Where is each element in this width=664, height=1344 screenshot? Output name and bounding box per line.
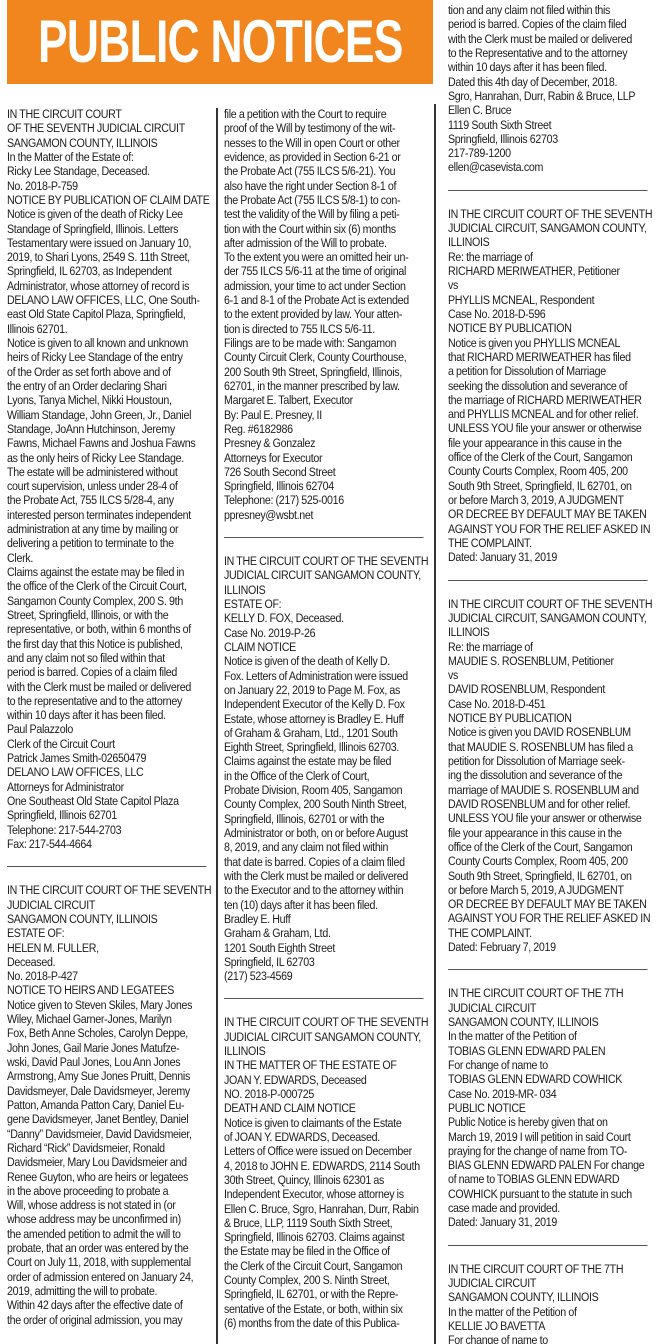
notice-line: BIAS GLENN EDWARD PALEN For change bbox=[448, 1158, 650, 1172]
notice-line: John Jones, Gail Marie Jones Matufze- bbox=[7, 1041, 209, 1055]
notice-line: Lyons, Tanya Michel, Nikki Houstoun, bbox=[7, 393, 209, 407]
notice-line: KELLIE JO BAVETTA bbox=[448, 1319, 650, 1333]
notice-line: Re: the marriage of bbox=[448, 250, 650, 264]
notice-line: Telephone: 217-544-2703 bbox=[7, 823, 209, 837]
notice-line: & Bruce, LLP, 1119 South Sixth Street, bbox=[224, 1216, 426, 1230]
notice-line: petition for Dissolution of Marriage see… bbox=[448, 754, 650, 768]
notice-line: NOTICE TO HEIRS AND LEGATEES bbox=[7, 983, 209, 997]
notice-line: file your appearance in this cause in th… bbox=[448, 826, 650, 840]
notice-line: wski, David Paul Jones, Lou Ann Jones bbox=[7, 1055, 209, 1069]
notice-line: Richard “Rick” Davidsmeier, Ronald bbox=[7, 1141, 209, 1155]
notice-line: and any claim not so filed within that bbox=[7, 651, 209, 665]
notice-line: Sgro, Hanrahan, Durr, Rabin & Bruce, LLP bbox=[448, 89, 650, 103]
notice-line: file your appearance in this cause in th… bbox=[448, 436, 650, 450]
notice-line: Clerk of the Circuit Court bbox=[7, 737, 209, 751]
notice-line: in the above proceeding to probate a bbox=[7, 1184, 209, 1198]
notice-line: ESTATE OF: bbox=[7, 926, 209, 940]
notice-line: IN THE CIRCUIT COURT OF THE SEVENTH bbox=[7, 883, 209, 897]
notice-line: evidence, as provided in Section 6-21 or bbox=[224, 150, 426, 164]
notice-line: Ricky Lee Standage, Deceased. bbox=[7, 164, 209, 178]
notice-line: case made and provided. bbox=[448, 1201, 650, 1215]
notice-line: with the Clerk must be mailed or deliver… bbox=[448, 32, 650, 46]
notice-line: Claims against the estate may be filed bbox=[224, 754, 426, 768]
notice-line: representative, or both, within 6 months… bbox=[7, 622, 209, 636]
notice-line: TOBIAS GLENN EDWARD PALEN bbox=[448, 1044, 650, 1058]
legal-notice: tion and any claim not filed within this… bbox=[448, 3, 650, 175]
notice-line: THE COMPLAINT. bbox=[448, 536, 650, 550]
notice-line: 1201 South Eighth Street bbox=[224, 941, 426, 955]
notice-separator bbox=[7, 866, 207, 868]
notice-line: For change of name to bbox=[448, 1333, 650, 1344]
notice-line: Bradley E. Huff bbox=[224, 912, 426, 926]
notice-line: Springfield, Illinois 62701 bbox=[7, 808, 209, 822]
notice-line: administration at any time by mailing or bbox=[7, 522, 209, 536]
notice-line: For change of name to bbox=[448, 1058, 650, 1072]
notice-line: DAVID ROSENBLUM and for other relief. bbox=[448, 797, 650, 811]
notice-line: “Danny” Davidsmeier, David Davidsmeier, bbox=[7, 1127, 209, 1141]
notice-line: after admission of the Will to probate. bbox=[224, 236, 426, 250]
notice-line: Notice given to Steven Skiles, Mary Jone… bbox=[7, 998, 209, 1012]
notice-line: One Southeast Old State Capitol Plaza bbox=[7, 794, 209, 808]
notice-line: within 10 days after it has been filed. bbox=[448, 60, 650, 74]
notice-line: Probate Division, Room 405, Sangamon bbox=[224, 783, 426, 797]
notice-line: Case No. 2018-D-596 bbox=[448, 307, 650, 321]
notice-line: Re: the marriage of bbox=[448, 640, 650, 654]
notice-line: sentative of the Estate, or both, within… bbox=[224, 1302, 426, 1316]
legal-notice: IN THE CIRCUIT COURT OF THE 7THJUDICIAL … bbox=[448, 1262, 650, 1344]
notice-line: of the Order as set forth above and of bbox=[7, 365, 209, 379]
notice-line: Davidsmeyer, Dale Davidsmeyer, Jeremy bbox=[7, 1084, 209, 1098]
legal-notice: file a petition with the Court to requir… bbox=[224, 107, 426, 522]
notice-line: ILLINOIS bbox=[448, 625, 650, 639]
notice-line: Dated: February 7, 2019 bbox=[448, 940, 650, 954]
notice-line: Court on July 11, 2018, with supplementa… bbox=[7, 1255, 209, 1269]
notice-line: JUDICIAL CIRCUIT bbox=[448, 1001, 650, 1015]
notice-line: the order of original admission, you may bbox=[7, 1313, 209, 1327]
notice-line: Springfield, IL 62701, or with the Repre… bbox=[224, 1287, 426, 1301]
notice-line: order of admission entered on January 24… bbox=[7, 1270, 209, 1284]
public-notices-banner: PUBLIC NOTICES bbox=[7, 0, 433, 84]
notice-line: 8, 2019, and any claim not filed within bbox=[224, 840, 426, 854]
notice-line: Administrator or both, on or before Augu… bbox=[224, 826, 426, 840]
column-1: IN THE CIRCUIT COURTOF THE SEVENTH JUDIC… bbox=[7, 107, 207, 1327]
page-title: PUBLIC NOTICES bbox=[38, 12, 403, 72]
column-divider bbox=[434, 104, 436, 1344]
notice-line: IN THE MATTER OF THE ESTATE OF bbox=[224, 1058, 426, 1072]
notice-line: PHYLLIS MCNEAL, Respondent bbox=[448, 293, 650, 307]
notice-line: Graham & Graham, Ltd. bbox=[224, 926, 426, 940]
notice-line: Springfield, Illinois 62703 bbox=[448, 132, 650, 146]
notice-line: Springfield, Illinois, 62701 or with the bbox=[224, 812, 426, 826]
notice-line: ESTATE OF: bbox=[224, 597, 426, 611]
legal-notice: IN THE CIRCUIT COURTOF THE SEVENTH JUDIC… bbox=[7, 107, 209, 851]
notice-line: County Complex, 200 South Ninth Street, bbox=[224, 797, 426, 811]
notice-line: IN THE CIRCUIT COURT OF THE 7TH bbox=[448, 986, 650, 1000]
notice-line: whose address may be unconfirmed in) bbox=[7, 1212, 209, 1226]
notice-line: OR DECREE BY DEFAULT MAY BE TAKEN bbox=[448, 897, 650, 911]
notice-line: JUDICIAL CIRCUIT SANGAMON COUNTY, bbox=[224, 568, 426, 582]
notice-line: 726 South Second Street bbox=[224, 465, 426, 479]
notice-line: IN THE CIRCUIT COURT OF THE 7TH bbox=[448, 1262, 650, 1276]
notice-line: period is barred. Copies of the claim fi… bbox=[448, 17, 650, 31]
notice-line: Illinois 62701. bbox=[7, 322, 209, 336]
notice-line: Case No. 2018-D-451 bbox=[448, 697, 650, 711]
notice-line: County Courts Complex, Room 405, 200 bbox=[448, 854, 650, 868]
notice-line: the amended petition to admit the will t… bbox=[7, 1227, 209, 1241]
notice-line: OF THE SEVENTH JUDICIAL CIRCUIT bbox=[7, 121, 209, 135]
notice-line: JUDICIAL CIRCUIT SANGAMON COUNTY, bbox=[224, 1030, 426, 1044]
notice-line: Will, whose address is not stated in (or bbox=[7, 1198, 209, 1212]
notice-line: 4, 2018 to JOHN E. EDWARDS, 2114 South bbox=[224, 1159, 426, 1173]
legal-notice: IN THE CIRCUIT COURT OF THE SEVENTHJUDIC… bbox=[224, 554, 426, 983]
notice-line: admission, your time to act under Sectio… bbox=[224, 279, 426, 293]
notice-line: NOTICE BY PUBLICATION OF CLAIM DATE bbox=[7, 193, 209, 207]
notice-line: proof of the Will by testimony of the wi… bbox=[224, 121, 426, 135]
notice-line: with the Clerk must be mailed or deliver… bbox=[7, 680, 209, 694]
notice-line: Independent Executor, whose attorney is bbox=[224, 1187, 426, 1201]
notice-line: ILLINOIS bbox=[224, 1044, 426, 1058]
notice-line: In the matter of the Petition of bbox=[448, 1029, 650, 1043]
notice-line: In the matter of the Petition of bbox=[448, 1305, 650, 1319]
notice-line: office of the Clerk of the Court, Sangam… bbox=[448, 450, 650, 464]
notice-line: Fox, Beth Anne Scholes, Carolyn Deppe, bbox=[7, 1026, 209, 1040]
notice-line: gene Davidsmeyer, Janet Bentley, Daniel bbox=[7, 1112, 209, 1126]
notice-line: der 755 ILCS 5/6-11 at the time of origi… bbox=[224, 264, 426, 278]
notice-separator bbox=[448, 190, 648, 192]
notice-line: By: Paul E. Presney, II bbox=[224, 408, 426, 422]
notice-line: (6) months from the date of this Publica… bbox=[224, 1316, 426, 1330]
notice-line: Eighth Street, Springfield, Illinois 627… bbox=[224, 740, 426, 754]
notice-line: Deceased. bbox=[7, 955, 209, 969]
notice-line: Fax: 217-544-4664 bbox=[7, 837, 209, 851]
notice-line: to the representative and to the attorne… bbox=[7, 694, 209, 708]
notice-line: Dated: January 31, 2019 bbox=[448, 1215, 650, 1229]
notice-line: No. 2018-P-427 bbox=[7, 969, 209, 983]
notice-line: Paul Palazzolo bbox=[7, 722, 209, 736]
notice-line: IN THE CIRCUIT COURT OF THE SEVENTH bbox=[448, 597, 650, 611]
notice-line: SANGAMON COUNTY, ILLINOIS bbox=[448, 1015, 650, 1029]
notice-line: Standage of Springfield, Illinois. Lette… bbox=[7, 222, 209, 236]
legal-notice: IN THE CIRCUIT COURT OF THE SEVENTHJUDIC… bbox=[224, 1015, 426, 1330]
notice-line: within 10 days after it has been filed. bbox=[7, 708, 209, 722]
notice-line: the entry of an Order declaring Shari bbox=[7, 379, 209, 393]
notice-line: ten (10) days after it has been filed. bbox=[224, 898, 426, 912]
notice-line: RICHARD MERIWEATHER, Petitioner bbox=[448, 264, 650, 278]
notice-line: Independent Executor of the Kelly D. Fox bbox=[224, 697, 426, 711]
notice-line: 1119 South Sixth Street bbox=[448, 118, 650, 132]
notice-line: CLAIM NOTICE bbox=[224, 640, 426, 654]
notice-line: or before March 3, 2019, A JUDGMENT bbox=[448, 493, 650, 507]
notice-line: Public Notice is hereby given that on bbox=[448, 1115, 650, 1129]
notice-line: JUDICIAL CIRCUIT, SANGAMON COUNTY, bbox=[448, 611, 650, 625]
notice-line: 217-789-1200 bbox=[448, 146, 650, 160]
notice-line: ellen@casevista.com bbox=[448, 160, 650, 174]
notice-line: Fawns, Michael Fawns and Joshua Fawns bbox=[7, 436, 209, 450]
notice-line: to the Executor and to the attorney with… bbox=[224, 883, 426, 897]
legal-notice: IN THE CIRCUIT COURT OF THE SEVENTHJUDIC… bbox=[448, 207, 650, 565]
notice-line: Testamentary were issued on January 10, bbox=[7, 236, 209, 250]
notice-separator bbox=[448, 580, 648, 582]
notice-line: Davidsmeier, Mary Lou Davidsmeier and bbox=[7, 1155, 209, 1169]
notice-line: 30th Street, Quincy, Illinois 62301 as bbox=[224, 1173, 426, 1187]
notice-line: the Clerk of the Circuit Court, Sangamon bbox=[224, 1259, 426, 1273]
column-3: tion and any claim not filed within this… bbox=[448, 3, 658, 1344]
notice-line: Wiley, Michael Garner-Jones, Marilyn bbox=[7, 1012, 209, 1026]
notice-line: To the extent you were an omitted heir u… bbox=[224, 250, 426, 264]
notice-line: SANGAMON COUNTY, ILLINOIS bbox=[448, 1290, 650, 1304]
notice-line: County Circuit Clerk, County Courthouse, bbox=[224, 350, 426, 364]
notice-line: Notice is given to claimants of the Esta… bbox=[224, 1116, 426, 1130]
legal-notice: IN THE CIRCUIT COURT OF THE SEVENTHJUDIC… bbox=[448, 597, 650, 955]
notice-line: In the Matter of the Estate of: bbox=[7, 150, 209, 164]
notice-line: Filings are to be made with: Sangamon bbox=[224, 336, 426, 350]
notice-line: No. 2018-P-759 bbox=[7, 179, 209, 193]
notice-line: delivering a petition to terminate to th… bbox=[7, 536, 209, 550]
notice-line: in the Office of the Clerk of Court, bbox=[224, 769, 426, 783]
notice-line: the Estate may be filed in the Office of bbox=[224, 1244, 426, 1258]
notice-line: to the extent provided by law. Your atte… bbox=[224, 307, 426, 321]
notice-line: the marriage of RICHARD MERIWEATHER bbox=[448, 393, 650, 407]
notice-line: the Probate Act, 755 ILCS 5/28-4, any bbox=[7, 493, 209, 507]
notice-line: ILLINOIS bbox=[224, 583, 426, 597]
notice-line: Notice is given of the death of Ricky Le… bbox=[7, 207, 209, 221]
notice-line: Ellen C. Bruce, Sgro, Hanrahan, Durr, Ra… bbox=[224, 1202, 426, 1216]
notice-line: period is barred. Copies of a claim file… bbox=[7, 665, 209, 679]
notice-line: tion is directed to 755 ILCS 5/6-11. bbox=[224, 322, 426, 336]
notice-line: 2019, admitting the will to probate. bbox=[7, 1284, 209, 1298]
notice-line: Standage, JoAnn Hutchinson, Jeremy bbox=[7, 422, 209, 436]
notice-line: Administrator, whose attorney of record … bbox=[7, 279, 209, 293]
notice-line: County Complex, 200 S. Ninth Street, bbox=[224, 1273, 426, 1287]
notice-line: Letters of Office were issued on Decembe… bbox=[224, 1144, 426, 1158]
notice-line: AGAINST YOU FOR THE RELIEF ASKED IN bbox=[448, 911, 650, 925]
notice-line: JOAN Y. EDWARDS, Deceased bbox=[224, 1073, 426, 1087]
notice-line: marriage of MAUDIE S. ROSENBLUM and bbox=[448, 783, 650, 797]
notice-line: AGAINST YOU FOR THE RELIEF ASKED IN bbox=[448, 522, 650, 536]
notice-line: on January 22, 2019 to Page M. Fox, as bbox=[224, 683, 426, 697]
notice-line: vs bbox=[448, 278, 650, 292]
notice-line: nesses to the Will in open Court or othe… bbox=[224, 136, 426, 150]
notice-line: the first day that this Notice is publis… bbox=[7, 637, 209, 651]
notice-line: a petition for Dissolution of Marriage bbox=[448, 364, 650, 378]
notice-line: COWHICK pursuant to the statute in such bbox=[448, 1187, 650, 1201]
notice-line: 2019, to Shari Lyons, 2549 S. 11th Stree… bbox=[7, 250, 209, 264]
notice-line: Ellen C. Bruce bbox=[448, 103, 650, 117]
notice-separator bbox=[224, 998, 424, 1000]
notice-line: Case No. 2019-P-26 bbox=[224, 626, 426, 640]
column-divider bbox=[216, 108, 218, 1344]
notice-line: the Probate Act (755 ILCS 5/6-21). You bbox=[224, 164, 426, 178]
notice-line: Patton, Amanda Patton Cary, Daniel Eu- bbox=[7, 1098, 209, 1112]
notice-line: ing the dissolution and severance of the bbox=[448, 768, 650, 782]
notice-line: IN THE CIRCUIT COURT bbox=[7, 107, 209, 121]
notice-line: OR DECREE BY DEFAULT MAY BE TAKEN bbox=[448, 507, 650, 521]
notice-line: Notice is given of the death of Kelly D. bbox=[224, 654, 426, 668]
notice-line: Presney & Gonzalez bbox=[224, 436, 426, 450]
notice-line: seeking the dissolution and severance of bbox=[448, 379, 650, 393]
notice-line: vs bbox=[448, 668, 650, 682]
notice-line: Attorneys for Administrator bbox=[7, 780, 209, 794]
notice-line: 6-1 and 8-1 of the Probate Act is extend… bbox=[224, 293, 426, 307]
notice-line: praying for the change of name from TO- bbox=[448, 1144, 650, 1158]
notice-line: DELANO LAW OFFICES, LLC, One South- bbox=[7, 293, 209, 307]
notice-separator bbox=[448, 1245, 648, 1247]
notice-line: Notice is given you PHYLLIS MCNEAL bbox=[448, 336, 650, 350]
notice-line: Notice is given to all known and unknown bbox=[7, 336, 209, 350]
notice-line: NO. 2018-P-000725 bbox=[224, 1087, 426, 1101]
notice-line: that RICHARD MERIWEATHER has filed bbox=[448, 350, 650, 364]
notice-line: IN THE CIRCUIT COURT OF THE SEVENTH bbox=[448, 207, 650, 221]
notice-line: The estate will be administered without bbox=[7, 465, 209, 479]
notice-line: Sangamon County Complex, 200 S. 9th bbox=[7, 594, 209, 608]
notice-line: JUDICIAL CIRCUIT bbox=[448, 1276, 650, 1290]
notice-line: Margaret E. Talbert, Executor bbox=[224, 393, 426, 407]
notice-line: JUDICIAL CIRCUIT, SANGAMON COUNTY, bbox=[448, 221, 650, 235]
notice-separator bbox=[448, 969, 648, 971]
notice-line: office of the Clerk of the Court, Sangam… bbox=[448, 840, 650, 854]
notice-line: HELEN M. FULLER, bbox=[7, 941, 209, 955]
notice-line: THE COMPLAINT. bbox=[448, 926, 650, 940]
notice-line: March 19, 2019 I will petition in said C… bbox=[448, 1130, 650, 1144]
notice-line: file a petition with the Court to requir… bbox=[224, 107, 426, 121]
notice-line: Estate, whose attorney is Bradley E. Huf… bbox=[224, 712, 426, 726]
notice-line: tion and any claim not filed within this bbox=[448, 3, 650, 17]
notice-line: Dated this 4th day of December, 2018. bbox=[448, 75, 650, 89]
notice-line: with the Clerk must be mailed or deliver… bbox=[224, 869, 426, 883]
notice-line: IN THE CIRCUIT COURT OF THE SEVENTH bbox=[224, 1015, 426, 1029]
notice-line: and PHYLLIS MCNEAL and for other relief. bbox=[448, 407, 650, 421]
notice-line: Springfield, IL 62703, as Independent bbox=[7, 264, 209, 278]
notice-line: that date is barred. Copies of a claim f… bbox=[224, 855, 426, 869]
notice-line: that MAUDIE S. ROSENBLUM has filed a bbox=[448, 740, 650, 754]
notice-line: Renee Guyton, who are heirs or legatees bbox=[7, 1170, 209, 1184]
notice-line: South 9th Street, Springfield, IL 62701,… bbox=[448, 869, 650, 883]
notice-line: JUDICIAL CIRCUIT bbox=[7, 898, 209, 912]
notice-line: Reg. #6182986 bbox=[224, 422, 426, 436]
notice-line: the Probate Act (755 ILCS 5/8-1) to con- bbox=[224, 193, 426, 207]
notice-line: IN THE CIRCUIT COURT OF THE SEVENTH bbox=[224, 554, 426, 568]
notice-line: Clerk. bbox=[7, 551, 209, 565]
notice-line: Dated: January 31, 2019 bbox=[448, 550, 650, 564]
notice-line: tion with the Court within six (6) month… bbox=[224, 222, 426, 236]
notice-line: Springfield, Illinois 62704 bbox=[224, 479, 426, 493]
notice-line: or before March 5, 2019, A JUDGMENT bbox=[448, 883, 650, 897]
notice-line: (217) 523-4569 bbox=[224, 969, 426, 983]
notice-line: also have the right under Section 8-1 of bbox=[224, 179, 426, 193]
notice-line: Notice is given you DAVID ROSENBLUM bbox=[448, 725, 650, 739]
notice-line: east Old State Capitol Plaza, Springfiel… bbox=[7, 307, 209, 321]
notice-line: NOTICE BY PUBLICATION bbox=[448, 711, 650, 725]
notice-line: DAVID ROSENBLUM, Respondent bbox=[448, 682, 650, 696]
notice-line: Armstrong, Amy Sue Jones Pruitt, Dennis bbox=[7, 1069, 209, 1083]
notice-line: Patrick James Smith-02650479 bbox=[7, 751, 209, 765]
notice-line: MAUDIE S. ROSENBLUM, Petitioner bbox=[448, 654, 650, 668]
notice-line: NOTICE BY PUBLICATION bbox=[448, 321, 650, 335]
notice-line: DELANO LAW OFFICES, LLC bbox=[7, 765, 209, 779]
notice-line: of Graham & Graham, Ltd., 1201 South bbox=[224, 726, 426, 740]
notice-line: to the Representative and to the attorne… bbox=[448, 46, 650, 60]
notice-line: DEATH AND CLAIM NOTICE bbox=[224, 1101, 426, 1115]
notice-line: probate, that an order was entered by th… bbox=[7, 1241, 209, 1255]
notice-separator bbox=[224, 537, 424, 539]
notice-line: the office of the Clerk of the Circuit C… bbox=[7, 579, 209, 593]
notice-line: William Standage, John Green, Jr., Danie… bbox=[7, 408, 209, 422]
notice-line: Attorneys for Executor bbox=[224, 451, 426, 465]
notice-line: UNLESS YOU file your answer or otherwise bbox=[448, 421, 650, 435]
notice-line: court supervision, unless under 28-4 of bbox=[7, 479, 209, 493]
notice-line: of name to TOBIAS GLENN EDWARD bbox=[448, 1172, 650, 1186]
notice-line: SANGAMON COUNTY, ILLINOIS bbox=[7, 136, 209, 150]
notice-line: TOBIAS GLENN EDWARD COWHICK bbox=[448, 1072, 650, 1086]
notice-line: Springfield, Illinois 62703. Claims agai… bbox=[224, 1230, 426, 1244]
notice-line: test the validity of the Will by filing … bbox=[224, 207, 426, 221]
notice-line: Claims against the estate may be filed i… bbox=[7, 565, 209, 579]
notice-line: ppresney@wsbt.net bbox=[224, 508, 426, 522]
notice-line: Springfield, IL 62703 bbox=[224, 955, 426, 969]
notice-line: Case No. 2019-MR- 034 bbox=[448, 1087, 650, 1101]
legal-notice: IN THE CIRCUIT COURT OF THE 7THJUDICIAL … bbox=[448, 986, 650, 1229]
notice-line: 200 South 9th Street, Springfield, Illin… bbox=[224, 365, 426, 379]
notice-line: KELLY D. FOX, Deceased. bbox=[224, 611, 426, 625]
notice-line: Within 42 days after the effective date … bbox=[7, 1298, 209, 1312]
notice-line: County Courts Complex, Room 405, 200 bbox=[448, 464, 650, 478]
notice-line: SANGAMON COUNTY, ILLINOIS bbox=[7, 912, 209, 926]
notice-line: of JOAN Y. EDWARDS, Deceased. bbox=[224, 1130, 426, 1144]
column-2: file a petition with the Court to requir… bbox=[224, 107, 424, 1330]
notice-line: as the only heirs of Ricky Lee Standage. bbox=[7, 451, 209, 465]
notice-line: Telephone: (217) 525-0016 bbox=[224, 493, 426, 507]
notice-line: South 9th Street, Springfield, IL 62701,… bbox=[448, 479, 650, 493]
notice-line: ILLINOIS bbox=[448, 235, 650, 249]
notice-line: heirs of Ricky Lee Standage of the entry bbox=[7, 350, 209, 364]
notice-line: Fox. Letters of Administration were issu… bbox=[224, 669, 426, 683]
notice-line: PUBLIC NOTICE bbox=[448, 1101, 650, 1115]
notice-line: UNLESS YOU file your answer or otherwise bbox=[448, 811, 650, 825]
legal-notice: IN THE CIRCUIT COURT OF THE SEVENTHJUDIC… bbox=[7, 883, 209, 1327]
notice-line: 62701, in the manner prescribed by law. bbox=[224, 379, 426, 393]
notice-line: interested person terminates independent bbox=[7, 508, 209, 522]
notice-line: Street, Springfield, Illinois, or with t… bbox=[7, 608, 209, 622]
